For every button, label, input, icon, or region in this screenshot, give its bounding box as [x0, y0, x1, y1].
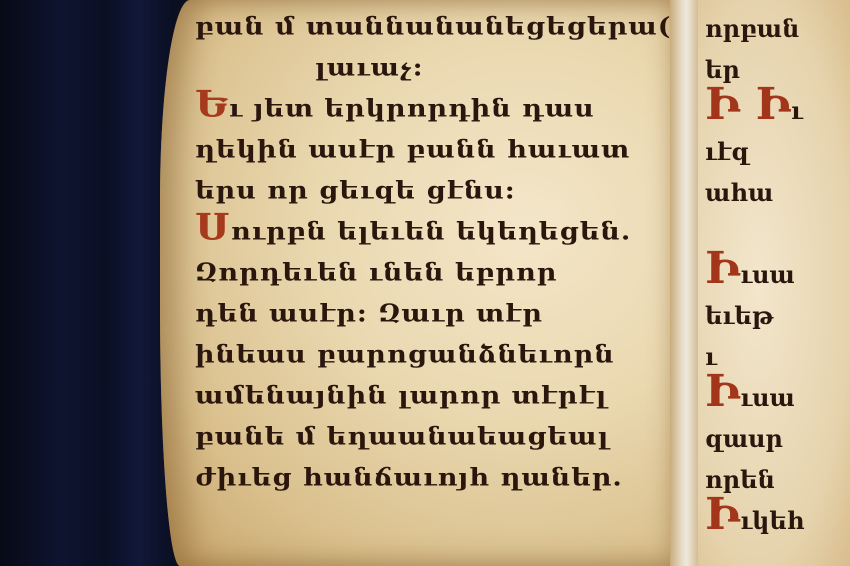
text-line: ւէզ — [705, 125, 850, 166]
red-initial: Ե — [195, 83, 229, 125]
left-page-text: բան մ տաննանանեցեցերա( լաւաչ: Եւ յետ երկ… — [195, 2, 655, 494]
text-line-rubricated: Եւ յետ երկրորդին դաս — [195, 86, 655, 123]
text-line: երս որ ցեւզե ցէնս: — [195, 168, 655, 205]
text-line-rubricated: Իւկեհ — [705, 494, 850, 535]
book-gutter — [670, 0, 700, 566]
text-line: ղեկին ասէր բանն հաւատ — [195, 127, 655, 164]
text-line: եւեթ — [705, 289, 850, 330]
red-initial: Ս — [195, 206, 231, 248]
text-line: ամենայնին լարոր տէրէլ — [195, 373, 655, 410]
text-line-rubricated: Ի Իւ — [705, 84, 850, 125]
right-page-text: որբան եր Ի Իւ ւէզ ահա Իւսա եւեթ ւ Իւսա զ… — [705, 2, 850, 535]
text-line — [705, 207, 850, 248]
red-initial: Ի Ի — [705, 79, 791, 130]
text-line: ժիւեց հանճաւոյհ ղաներ. — [195, 455, 655, 492]
text-line: եր — [705, 43, 850, 84]
text-line: բան մ տաննանանեցեցերա( — [195, 4, 655, 41]
text-line: բանե մ եղաանաեացեալ — [195, 414, 655, 451]
text-line: զասր — [705, 412, 850, 453]
text-line-rubricated: Իւսա — [705, 371, 850, 412]
red-initial: Ի — [705, 366, 740, 417]
text-line: որբան — [705, 2, 850, 43]
dark-velvet-background — [0, 0, 175, 566]
red-initial: Ի — [705, 489, 740, 540]
text-line-rubricated: Իւսա — [705, 248, 850, 289]
text-line: որեն — [705, 453, 850, 494]
red-initial: Ի — [705, 243, 740, 294]
text-line: Զորդեւեն ւնեն եբրոր — [195, 250, 655, 287]
text-line-rubricated: Սուրբն ելեւեն եկեղեցեն. — [195, 209, 655, 246]
text-line: լաւաչ: — [195, 45, 655, 82]
text-line: ահա — [705, 166, 850, 207]
text-line: դեն ասէր: Զաւր տէր — [195, 291, 655, 328]
text-line: ինեաս բարոցանձնեւորն — [195, 332, 655, 369]
text-line: ւ — [705, 330, 850, 371]
